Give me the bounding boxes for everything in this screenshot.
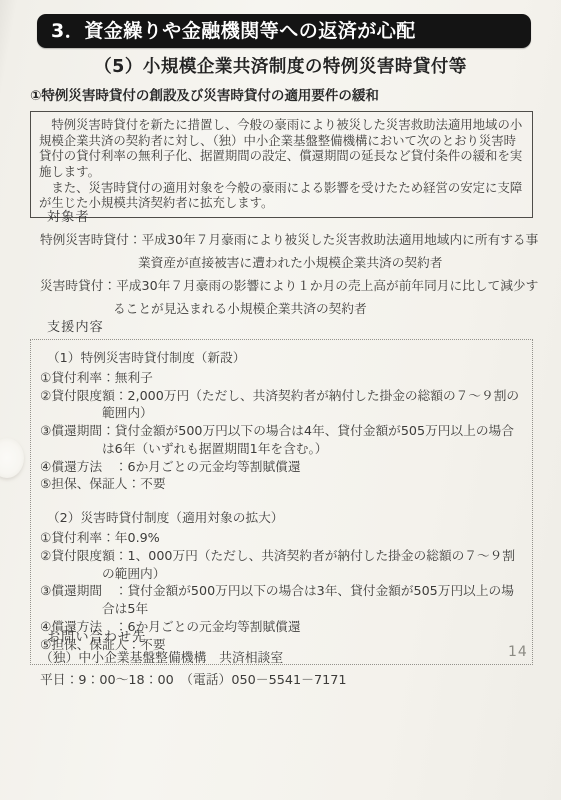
support-item: ①貸付利率：年0.9% <box>40 529 523 547</box>
support-item: ②貸付限度額：2,000万円（ただし、共済契約者が納付した掛金の総額の７～９割の… <box>40 387 523 423</box>
support-item: ③償還期間 ：貸付金額が500万円以下の場合は3年、貸付金額が505万円以上の場… <box>40 582 523 618</box>
page-number: 14 <box>508 644 528 660</box>
summary-paragraph-1: 特例災害時貸付を新たに措置し、今般の豪雨により被災した災害救助法適用地域の小規模… <box>39 117 524 180</box>
target-item: 特例災害時貸付：平成30年７月豪雨により被災した災害救助法適用地域内に所有する事… <box>40 229 540 275</box>
summary-paragraph-2: また、災害時貸付の適用対象を今般の豪雨による影響を受けたため経営の安定に支障が生… <box>39 180 524 211</box>
target-term: 災害時貸付： <box>40 278 116 293</box>
support-item: ①貸付利率：無利子 <box>40 369 523 387</box>
support-section-1-title: （1）特例災害時貸付制度（新設） <box>40 349 523 367</box>
target-list: 特例災害時貸付：平成30年７月豪雨により被災した災害救助法適用地域内に所有する事… <box>40 229 540 320</box>
contact-info: （独）中小企業基盤整備機構 共済相談室 平日：9：00～18：00 （電話）05… <box>40 648 520 693</box>
section-gap <box>40 493 523 509</box>
page-subtitle: （5）小規模企業共済制度の特例災害時貸付等 <box>0 53 561 78</box>
target-item: 災害時貸付：平成30年７月豪雨の影響により１か月の売上高が前年同月に比して減少す… <box>40 275 540 321</box>
support-item: ⑤担保、保証人：不要 <box>40 475 523 493</box>
contact-org-line: （独）中小企業基盤整備機構 共済相談室 <box>40 648 520 670</box>
target-desc: 平成30年７月豪雨により被災した災害救助法適用地域内に所有する事業資産が直接被害… <box>138 232 538 270</box>
summary-box: 特例災害時貸付を新たに措置し、今般の豪雨により被災した災害救助法適用地域の小規模… <box>30 111 533 218</box>
support-item: ④償還方法 ：6か月ごとの元金均等割賦償還 <box>40 458 523 476</box>
contact-section-label: お問い合わせ先 <box>47 626 146 645</box>
section-title-bar: 3．資金繰りや金融機関等への返済が心配 <box>37 14 531 48</box>
contact-hours-line: 平日：9：00～18：00 （電話）050－5541－7171 <box>40 670 520 692</box>
support-box: （1）特例災害時貸付制度（新設） ①貸付利率：無利子 ②貸付限度額：2,000万… <box>30 339 533 665</box>
measure-heading: ①特例災害時貸付の創設及び災害時貸付の適用要件の緩和 <box>30 84 535 104</box>
document-page: 3．資金繰りや金融機関等への返済が心配 （5）小規模企業共済制度の特例災害時貸付… <box>0 0 561 800</box>
target-term: 特例災害時貸付： <box>40 232 142 247</box>
target-section-label: 対象者 <box>47 206 90 225</box>
support-item: ②貸付限度額：1、000万円（ただし、共済契約者が納付した掛金の総額の７～９割の… <box>40 547 523 583</box>
support-section-2-title: （2）災害時貸付制度（適用対象の拡大） <box>40 509 523 527</box>
target-desc: 平成30年７月豪雨の影響により１か月の売上高が前年同月に比して減少することが見込… <box>113 278 538 316</box>
support-section-label: 支援内容 <box>47 316 104 335</box>
support-item: ③償還期間：貸付金額が500万円以下の場合は4年、貸付金額が505万円以上の場合… <box>40 422 523 458</box>
